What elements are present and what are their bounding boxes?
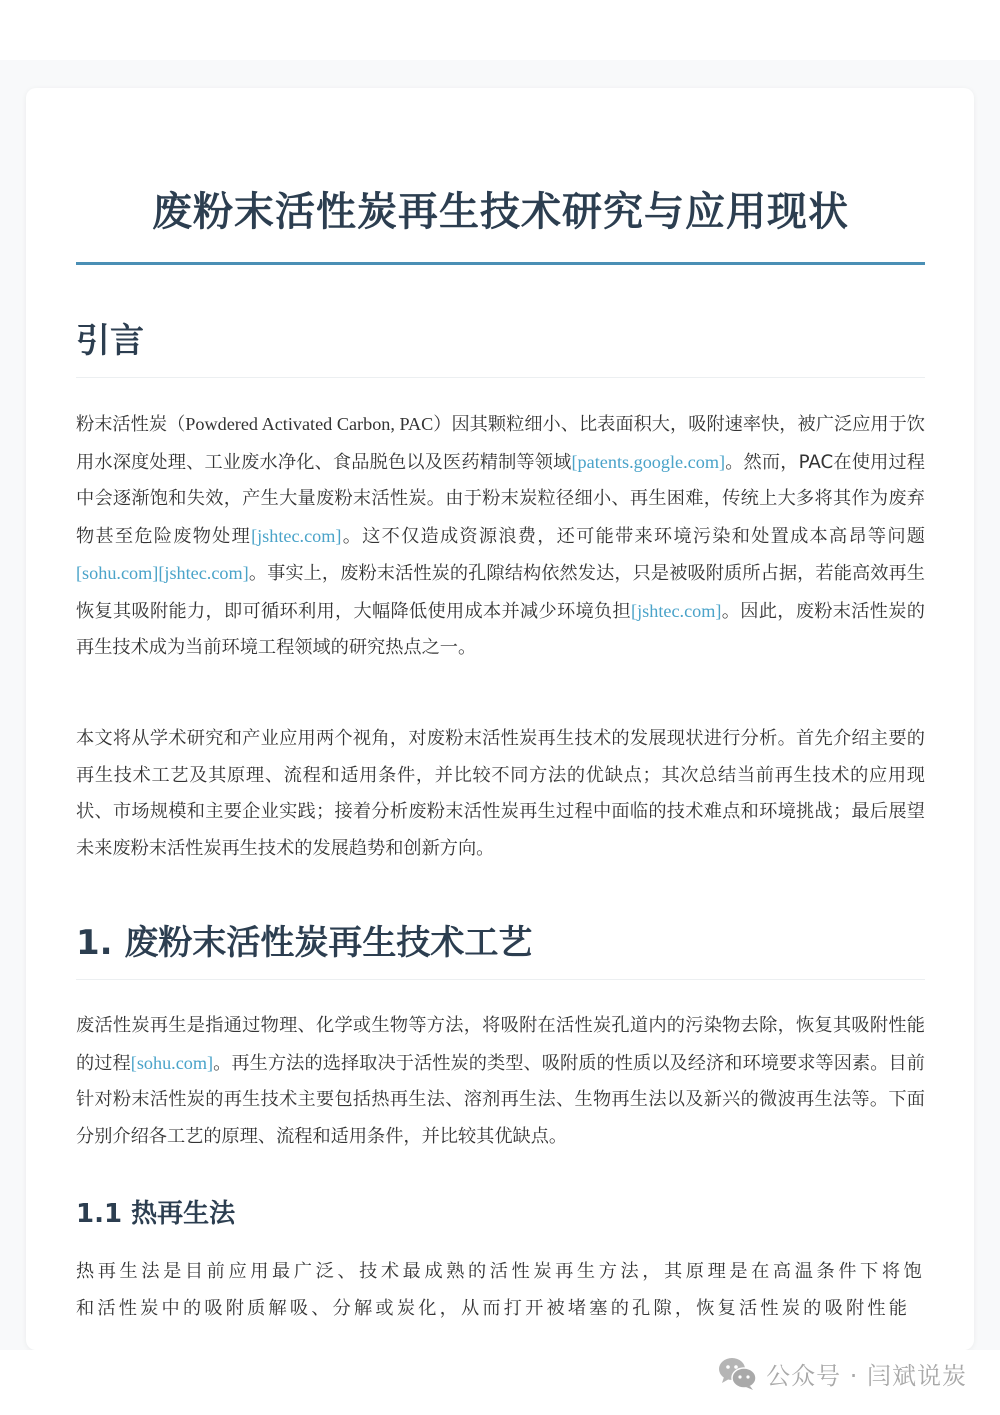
text-segment: 本文将从学术研究和产业应用两个视角，对废粉末活性炭再生技术的发展现状进行分析。首… <box>76 728 925 859</box>
subsection-heading-thermal-regeneration: 1.1 热再生法 <box>76 1196 235 1232</box>
section-divider <box>76 979 925 980</box>
section-heading-introduction: 引言 <box>76 318 144 364</box>
wechat-icon <box>718 1357 758 1391</box>
text-segment: Powdered Activated Carbon, PAC <box>185 414 433 434</box>
section1-paragraph-1: 废活性炭再生是指通过物理、化学或生物等方法，将吸附在活性炭孔道内的污染物去除，恢… <box>76 1008 925 1155</box>
watermark: 公众号 · 闫斌说炭 <box>718 1356 967 1391</box>
intro-paragraph-1: 粉末活性炭（Powdered Activated Carbon, PAC）因其颗… <box>76 406 925 667</box>
text-segment: 热再生法是目前应用最广泛、技术最成熟的活性炭再生方法，其原理是在高温条件下将饱和… <box>76 1261 925 1319</box>
document-title: 废粉末活性炭再生技术研究与应用现状 <box>76 184 925 240</box>
reference-link[interactable]: [jshtec.com] <box>251 526 341 546</box>
watermark-text: 公众号 · 闫斌说炭 <box>766 1356 967 1391</box>
reference-link[interactable]: [jshtec.com] <box>631 601 721 621</box>
reference-link[interactable]: [sohu.com][jshtec.com] <box>76 563 249 583</box>
section-divider <box>76 377 925 378</box>
intro-paragraph-2: 本文将从学术研究和产业应用两个视角，对废粉末活性炭再生技术的发展现状进行分析。首… <box>76 721 925 867</box>
reference-link[interactable]: [patents.google.com] <box>572 452 726 472</box>
reference-link[interactable]: [sohu.com] <box>131 1053 213 1073</box>
title-divider <box>76 262 925 265</box>
text-segment: 。这不仅造成资源浪费，还可能带来环境污染和处置成本高昂等问题 <box>341 526 925 547</box>
document-card: 废粉末活性炭再生技术研究与应用现状 引言 粉末活性炭（Powdered Acti… <box>26 88 974 1350</box>
text-segment: 粉末活性炭（ <box>76 414 185 435</box>
section-heading-regeneration-processes: 1. 废粉末活性炭再生技术工艺 <box>76 920 532 966</box>
top-band <box>0 0 1000 60</box>
subsection1-1-paragraph-1: 热再生法是目前应用最广泛、技术最成熟的活性炭再生方法，其原理是在高温条件下将饱和… <box>76 1254 925 1327</box>
